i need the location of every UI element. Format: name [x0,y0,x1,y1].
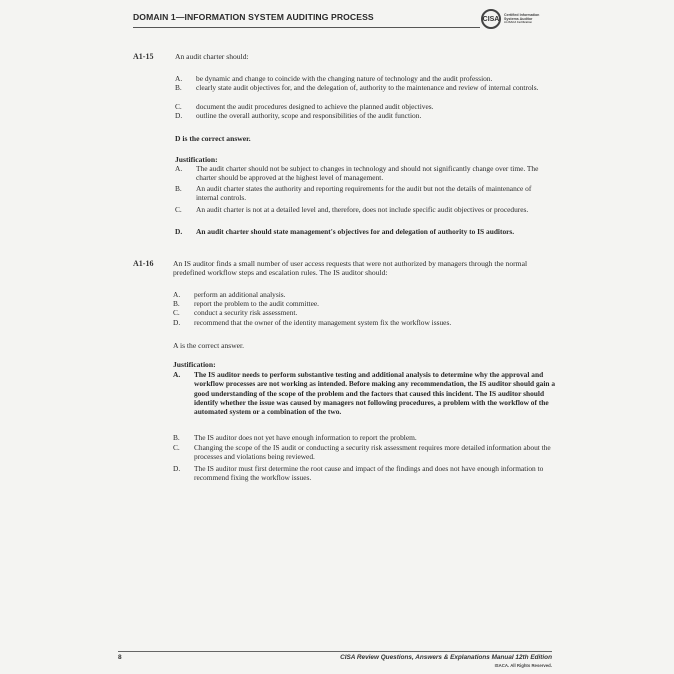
page-number: 8 [118,654,122,661]
cisa-logo-icon: CISA [481,9,501,29]
justification-d: D.The IS auditor must first determine th… [173,464,558,483]
question-stem: An IS auditor finds a small number of us… [173,259,558,278]
correct-answer: A is the correct answer. [173,341,244,350]
document-page: DOMAIN 1—INFORMATION SYSTEM AUDITING PRO… [0,0,674,674]
justification-b: B.The IS auditor does not yet have enoug… [173,433,558,442]
cisa-logo: CISA Certified Information Systems Audit… [481,9,546,29]
option-a: A.perform an additional analysis. [173,290,553,299]
justification-a: A.The IS auditor needs to perform substa… [173,370,558,416]
justification-c: C.Changing the scope of the IS audit or … [173,443,558,462]
correct-answer: D is the correct answer. [175,134,251,143]
question-id: A1-16 [133,259,153,268]
option-c: C.document the audit procedures designed… [175,102,555,111]
option-a: A.be dynamic and change to coincide with… [175,74,555,83]
footer-rule [118,651,552,652]
justification-d: D.An audit charter should state manageme… [175,227,535,236]
question-id: A1-15 [133,52,153,61]
option-c: C.conduct a security risk assessment. [173,308,553,317]
header-rule [133,27,480,28]
justification-label: Justification: [173,360,216,369]
option-b: B.report the problem to the audit commit… [173,299,553,308]
question-stem: An audit charter should: [175,52,555,61]
justification-label: Justification: [175,155,218,164]
option-b: B.clearly state audit objectives for, an… [175,83,555,92]
copyright: ISACA. All Rights Reserved. [495,663,552,668]
running-header: DOMAIN 1—INFORMATION SYSTEM AUDITING PRO… [133,12,374,22]
option-d: D.recommend that the owner of the identi… [173,318,553,327]
justification-a: A.The audit charter should not be subjec… [175,164,555,183]
option-d: D.outline the overall authority, scope a… [175,111,555,120]
justification-b: B.An audit charter states the authority … [175,184,555,203]
book-title: CISA Review Questions, Answers & Explana… [340,654,552,661]
justification-c: C.An audit charter is not at a detailed … [175,205,555,214]
